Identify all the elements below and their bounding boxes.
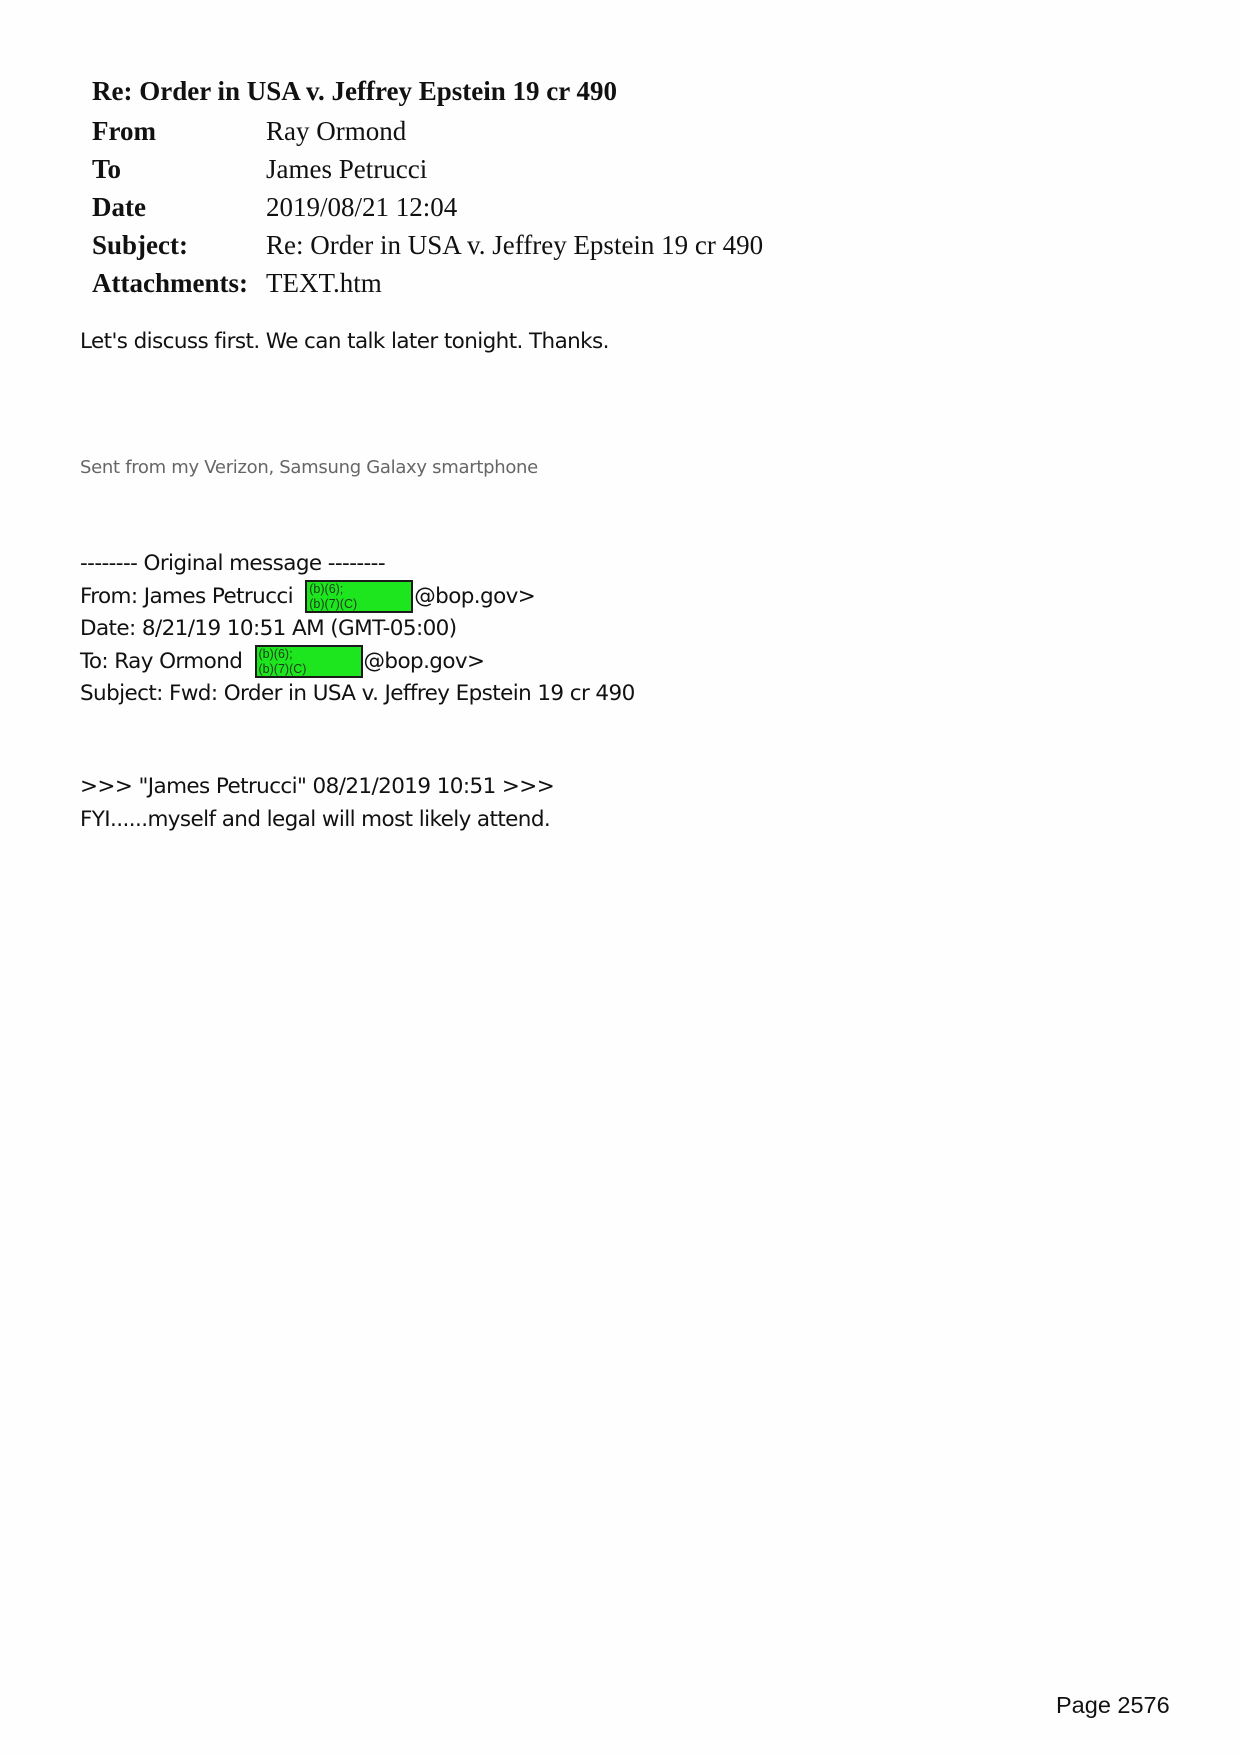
original-subject-line: Subject: Fwd: Order in USA v. Jeffrey Ep…: [80, 678, 635, 711]
attachments-value: TEXT.htm: [266, 264, 382, 302]
subject-label: Subject:: [92, 226, 266, 264]
forwarded-text: FYI......myself and legal will most like…: [80, 803, 554, 836]
header-row-subject: Subject: Re: Order in USA v. Jeffrey Eps…: [92, 226, 763, 264]
header-row-from: From Ray Ormond: [92, 112, 763, 150]
email-title: Re: Order in USA v. Jeffrey Epstein 19 c…: [92, 74, 617, 108]
to-label: To: [92, 150, 266, 188]
redaction-box: (b)(6); (b)(7)(C): [255, 645, 363, 678]
original-to-suffix: @bop.gov>: [364, 646, 485, 679]
from-label: From: [92, 112, 266, 150]
from-value: Ray Ormond: [266, 112, 406, 150]
redaction-box: (b)(6); (b)(7)(C): [305, 580, 413, 613]
original-from-prefix: From: James Petrucci: [80, 581, 299, 614]
attachments-label: Attachments:: [92, 264, 266, 302]
date-value: 2019/08/21 12:04: [266, 188, 457, 226]
document-page: Re: Order in USA v. Jeffrey Epstein 19 c…: [0, 0, 1240, 1754]
header-row-attachments: Attachments: TEXT.htm: [92, 264, 763, 302]
to-value: James Petrucci: [266, 150, 427, 188]
forwarded-header: >>> "James Petrucci" 08/21/2019 10:51 >>…: [80, 770, 554, 803]
original-to-prefix: To: Ray Ormond: [80, 646, 249, 679]
subject-value: Re: Order in USA v. Jeffrey Epstein 19 c…: [266, 226, 763, 264]
original-date-line: Date: 8/21/19 10:51 AM (GMT-05:00): [80, 613, 635, 646]
email-header-fields: From Ray Ormond To James Petrucci Date 2…: [92, 112, 763, 302]
original-message-separator: -------- Original message --------: [80, 548, 635, 581]
date-label: Date: [92, 188, 266, 226]
redaction-code: (b)(6); (b)(7)(C): [309, 582, 357, 612]
redaction-code: (b)(6); (b)(7)(C): [259, 647, 307, 677]
mobile-signature: Sent from my Verizon, Samsung Galaxy sma…: [80, 457, 538, 478]
header-row-to: To James Petrucci: [92, 150, 763, 188]
message-body: Let's discuss first. We can talk later t…: [80, 329, 609, 354]
original-message-block: -------- Original message -------- From:…: [80, 548, 635, 711]
original-to-line: To: Ray Ormond (b)(6); (b)(7)(C) @bop.go…: [80, 646, 635, 679]
header-row-date: Date 2019/08/21 12:04: [92, 188, 763, 226]
original-from-line: From: James Petrucci (b)(6); (b)(7)(C) @…: [80, 581, 635, 614]
page-number: Page 2576: [1056, 1692, 1170, 1719]
original-from-suffix: @bop.gov>: [414, 581, 535, 614]
forwarded-message-block: >>> "James Petrucci" 08/21/2019 10:51 >>…: [80, 770, 554, 836]
